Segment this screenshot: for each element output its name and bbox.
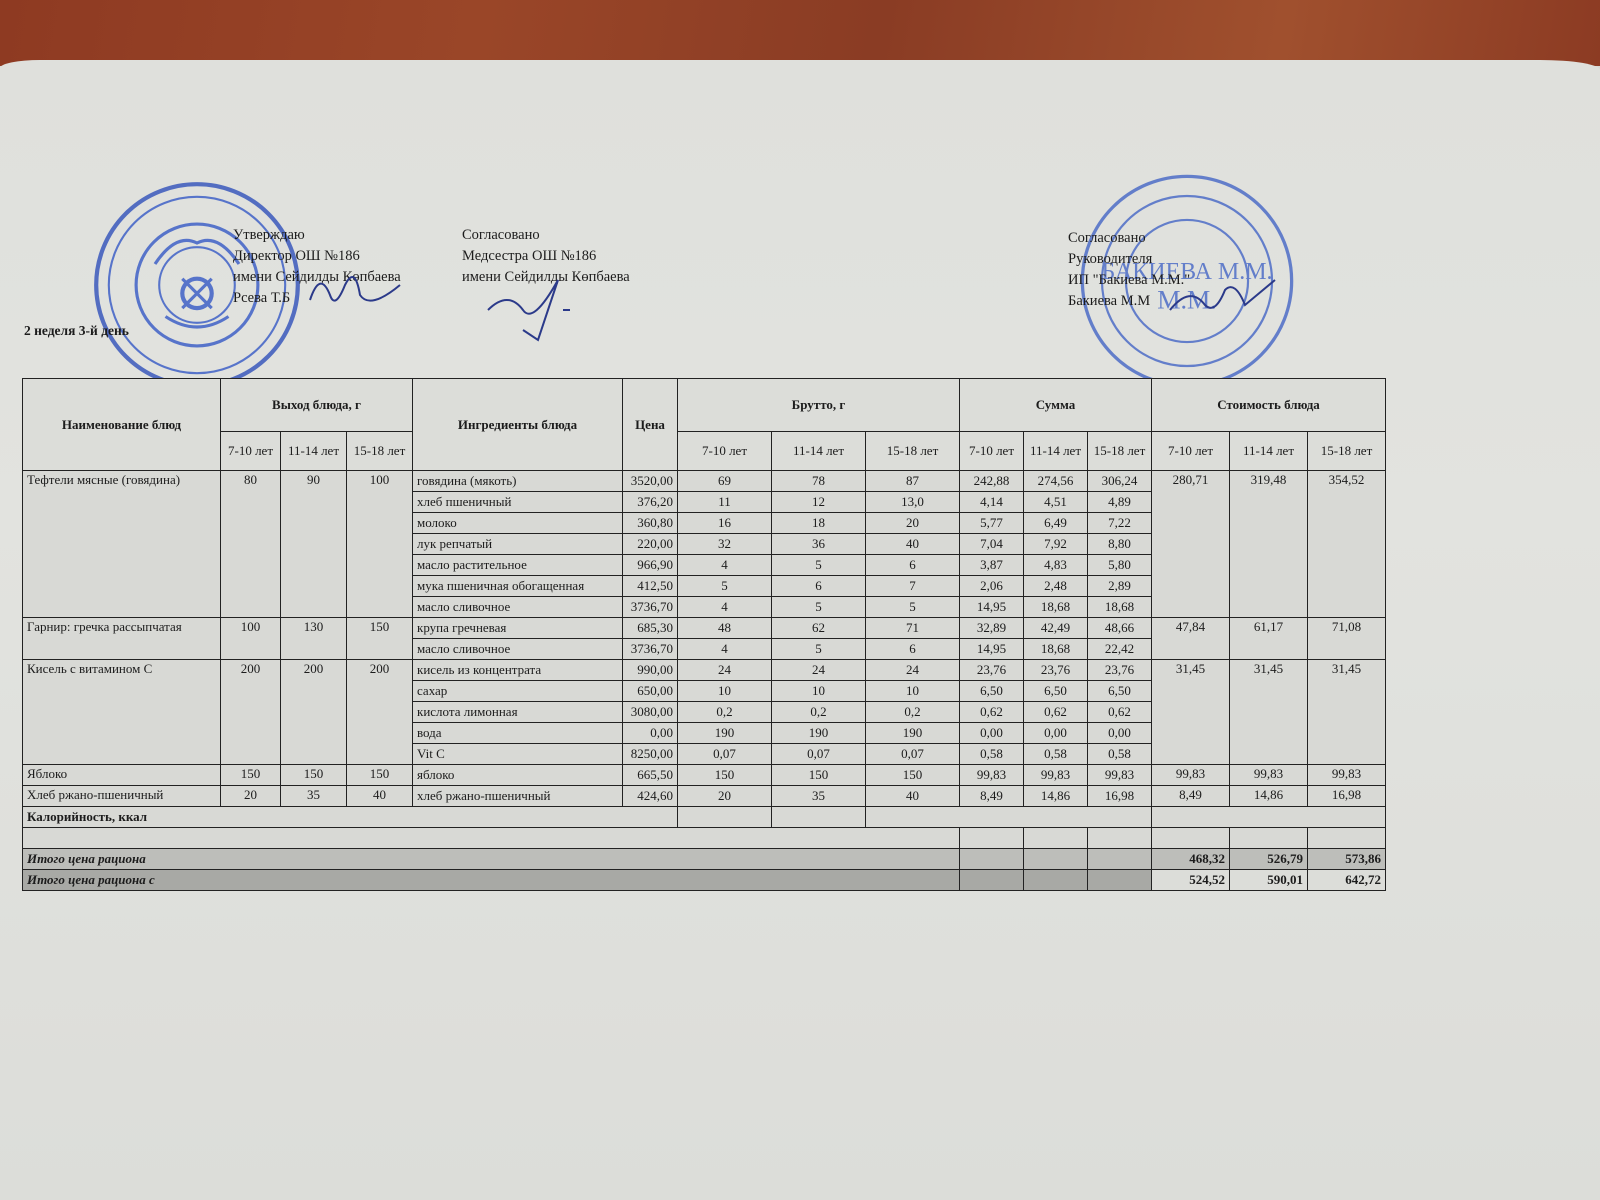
ingredient-price: 665,50 [623,765,678,786]
dish-cost: 99,83 [1152,765,1230,786]
calories-cell [866,807,1152,828]
ingredient-sum: 18,68 [1024,639,1088,660]
ingredient-sum: 0,62 [960,702,1024,723]
ingredient-gross: 6 [866,555,960,576]
calories-row: Калорийность, ккал [23,807,1386,828]
ingredient-sum: 0,58 [1088,744,1152,765]
ingredient-sum: 32,89 [960,618,1024,639]
dish-cost: 99,83 [1230,765,1308,786]
ingredient-sum: 42,49 [1024,618,1088,639]
ingredient-price: 220,00 [623,534,678,555]
ingredient-gross: 4 [678,555,772,576]
ingredient-sum: 4,83 [1024,555,1088,576]
dish-yield: 130 [281,618,347,660]
ingredient-sum: 14,86 [1024,786,1088,807]
total-empty-cell [960,870,1024,891]
ingredient-gross: 0,2 [866,702,960,723]
header-age: 11-14 лет [281,432,347,471]
total-label: Итого цена рациона [23,849,960,870]
approval-line: имени Сейдилды Көпбаева [233,267,401,288]
ingredient-sum: 4,51 [1024,492,1088,513]
ingredient-gross: 190 [772,723,866,744]
ingredient-sum: 2,89 [1088,576,1152,597]
dish-yield: 200 [281,660,347,765]
ingredient-sum: 18,68 [1024,597,1088,618]
ingredient-sum: 3,87 [960,555,1024,576]
ingredient-sum: 0,00 [1088,723,1152,744]
approval-line: Бакиева М.М [1068,291,1190,312]
dish-yield: 150 [221,765,281,786]
table-row: Хлеб ржано-пшеничный203540хлеб ржано-пше… [23,786,1386,807]
ingredient-price: 3520,00 [623,471,678,492]
ingredient-gross: 24 [866,660,960,681]
ingredient-gross: 24 [678,660,772,681]
dish-cost: 71,08 [1308,618,1386,660]
dish-cost: 47,84 [1152,618,1230,660]
ingredient-price: 424,60 [623,786,678,807]
ingredient-name: масло растительное [413,555,623,576]
dish-name: Яблоко [23,765,221,786]
total-vat-value: 590,01 [1230,870,1308,891]
dish-name: Кисель с витамином С [23,660,221,765]
ingredient-gross: 69 [678,471,772,492]
day-label: 2 неделя 3-й день [24,323,129,339]
ingredient-gross: 0,2 [772,702,866,723]
ingredient-gross: 5 [866,597,960,618]
total-value: 468,32 [1152,849,1230,870]
ingredient-gross: 150 [772,765,866,786]
dish-cost: 354,52 [1308,471,1386,618]
dish-name: Тефтели мясные (говядина) [23,471,221,618]
ingredient-sum: 7,92 [1024,534,1088,555]
ingredient-sum: 16,98 [1088,786,1152,807]
table-row: Кисель с витамином С200200200кисель из к… [23,660,1386,681]
approval-line: Рсева Т.Б [233,288,401,309]
dish-cost: 61,17 [1230,618,1308,660]
ingredient-sum: 4,14 [960,492,1024,513]
ingredient-sum: 6,50 [960,681,1024,702]
ingredient-gross: 0,07 [866,744,960,765]
total-empty-cell [1088,870,1152,891]
menu-table: Наименование блюд Выход блюда, г Ингреди… [22,378,1386,891]
ingredient-name: хлеб пшеничный [413,492,623,513]
ingredient-gross: 150 [678,765,772,786]
header-gross: Брутто, г [678,379,960,432]
ingredient-name: сахар [413,681,623,702]
ingredient-price: 360,80 [623,513,678,534]
dish-yield: 150 [347,765,413,786]
dish-cost: 31,45 [1308,660,1386,765]
table-row: Гарнир: гречка рассыпчатая100130150крупа… [23,618,1386,639]
header-sum: Сумма [960,379,1152,432]
ingredient-sum: 99,83 [960,765,1024,786]
empty-cell [1308,828,1386,849]
ingredient-price: 650,00 [623,681,678,702]
ingredient-sum: 7,22 [1088,513,1152,534]
ingredient-gross: 5 [678,576,772,597]
calories-label: Калорийность, ккал [23,807,678,828]
ingredient-gross: 20 [866,513,960,534]
ingredient-gross: 5 [772,639,866,660]
ingredient-sum: 274,56 [1024,471,1088,492]
ingredient-name: вода [413,723,623,744]
total-empty-cell [960,849,1024,870]
ingredient-name: молоко [413,513,623,534]
ingredient-gross: 6 [772,576,866,597]
ingredient-sum: 0,00 [1024,723,1088,744]
total-vat-value: 642,72 [1308,870,1386,891]
ingredient-gross: 10 [772,681,866,702]
header-age: 15-18 лет [1308,432,1386,471]
ingredient-sum: 2,06 [960,576,1024,597]
approval-line: Руководителя [1068,249,1190,270]
ingredient-gross: 12 [772,492,866,513]
header-age: 7-10 лет [1152,432,1230,471]
approval-block-nurse: Согласовано Медсестра ОШ №186 имени Сейд… [462,225,630,288]
ingredient-gross: 36 [772,534,866,555]
ingredient-price: 966,90 [623,555,678,576]
ingredient-gross: 62 [772,618,866,639]
dish-yield: 80 [221,471,281,618]
ingredient-price: 8250,00 [623,744,678,765]
dish-cost: 31,45 [1152,660,1230,765]
ingredient-name: говядина (мякоть) [413,471,623,492]
ingredient-sum: 18,68 [1088,597,1152,618]
ingredient-sum: 6,50 [1088,681,1152,702]
header-age: 11-14 лет [1024,432,1088,471]
ingredient-gross: 20 [678,786,772,807]
dish-yield: 150 [347,618,413,660]
dish-yield: 150 [281,765,347,786]
header-ingredients: Ингредиенты блюда [413,379,623,471]
ingredient-sum: 5,77 [960,513,1024,534]
ingredient-gross: 0,07 [772,744,866,765]
dish-cost: 99,83 [1308,765,1386,786]
header-dish-name: Наименование блюд [23,379,221,471]
approval-line: ИП "Бакиева М.М." [1068,270,1190,291]
header-age: 15-18 лет [1088,432,1152,471]
ingredient-name: хлеб ржано-пшеничный [413,786,623,807]
ingredient-sum: 306,24 [1088,471,1152,492]
total-empty-cell [1088,849,1152,870]
ingredient-price: 412,50 [623,576,678,597]
ingredient-gross: 40 [866,786,960,807]
dish-name: Гарнир: гречка рассыпчатая [23,618,221,660]
ingredient-name: кислота лимонная [413,702,623,723]
approval-line: Директор ОШ №186 [233,246,401,267]
ingredient-sum: 0,58 [1024,744,1088,765]
ingredient-sum: 4,89 [1088,492,1152,513]
ingredient-gross: 32 [678,534,772,555]
ingredient-sum: 6,50 [1024,681,1088,702]
ingredient-gross: 40 [866,534,960,555]
calories-cell [772,807,866,828]
ingredient-price: 3080,00 [623,702,678,723]
dish-cost: 16,98 [1308,786,1386,807]
ingredient-sum: 7,04 [960,534,1024,555]
ingredient-name: кисель из концентрата [413,660,623,681]
ingredient-gross: 150 [866,765,960,786]
ingredient-gross: 190 [866,723,960,744]
header-age: 11-14 лет [772,432,866,471]
empty-cell [1230,828,1308,849]
ingredient-price: 3736,70 [623,597,678,618]
ingredient-sum: 6,49 [1024,513,1088,534]
ingredient-gross: 6 [866,639,960,660]
ingredient-gross: 16 [678,513,772,534]
header-price: Цена [623,379,678,471]
header-yield: Выход блюда, г [221,379,413,432]
ingredient-sum: 0,00 [960,723,1024,744]
total-empty-cell [1024,849,1088,870]
ingredient-gross: 35 [772,786,866,807]
table-row: Тефтели мясные (говядина)8090100говядина… [23,471,1386,492]
total-vat-label: Итого цена рациона с [23,870,960,891]
ingredient-sum: 99,83 [1024,765,1088,786]
ingredient-gross: 5 [772,555,866,576]
ingredient-gross: 13,0 [866,492,960,513]
approval-block-supplier: Согласовано Руководителя ИП "Бакиева М.М… [1068,228,1190,312]
dish-cost: 8,49 [1152,786,1230,807]
ingredient-sum: 8,49 [960,786,1024,807]
dish-yield: 200 [221,660,281,765]
ingredient-gross: 18 [772,513,866,534]
dish-yield: 100 [221,618,281,660]
calories-cell [1152,807,1386,828]
total-vat-value: 524,52 [1152,870,1230,891]
ingredient-price: 0,00 [623,723,678,744]
ingredient-price: 376,20 [623,492,678,513]
total-row: Итого цена рациона 468,32 526,79 573,86 [23,849,1386,870]
menu-table-body: Тефтели мясные (говядина)8090100говядина… [23,471,1386,807]
dish-yield: 40 [347,786,413,807]
header-dish-cost: Стоимость блюда [1152,379,1386,432]
ingredient-gross: 5 [772,597,866,618]
desk-background [0,0,1600,66]
dish-yield: 20 [221,786,281,807]
total-value: 573,86 [1308,849,1386,870]
total-empty-cell [1024,870,1088,891]
dish-name: Хлеб ржано-пшеничный [23,786,221,807]
empty-cell [1152,828,1230,849]
ingredient-sum: 5,80 [1088,555,1152,576]
ingredient-gross: 11 [678,492,772,513]
approval-block-director: Утверждаю Директор ОШ №186 имени Сейдилд… [233,225,401,309]
dish-cost: 280,71 [1152,471,1230,618]
dish-cost: 14,86 [1230,786,1308,807]
ingredient-price: 3736,70 [623,639,678,660]
ingredient-gross: 71 [866,618,960,639]
header-age: 7-10 лет [960,432,1024,471]
approval-line: имени Сейдилды Көпбаева [462,267,630,288]
ingredient-gross: 0,07 [678,744,772,765]
ingredient-sum: 242,88 [960,471,1024,492]
ingredient-name: лук репчатый [413,534,623,555]
ingredient-name: масло сливочное [413,639,623,660]
dish-yield: 35 [281,786,347,807]
header-age: 7-10 лет [221,432,281,471]
header-age: 15-18 лет [347,432,413,471]
empty-cell [1024,828,1088,849]
ingredient-price: 990,00 [623,660,678,681]
ingredient-name: яблоко [413,765,623,786]
ingredient-sum: 0,62 [1088,702,1152,723]
ingredient-gross: 87 [866,471,960,492]
ingredient-sum: 22,42 [1088,639,1152,660]
ingredient-name: Vit C [413,744,623,765]
header-age: 11-14 лет [1230,432,1308,471]
approval-line: Согласовано [1068,228,1190,249]
approval-line: Утверждаю [233,225,401,246]
ingredient-sum: 14,95 [960,639,1024,660]
ingredient-gross: 190 [678,723,772,744]
ingredient-sum: 99,83 [1088,765,1152,786]
ingredient-sum: 2,48 [1024,576,1088,597]
table-row: Яблоко150150150яблоко665,5015015015099,8… [23,765,1386,786]
ingredient-name: масло сливочное [413,597,623,618]
ingredient-gross: 0,2 [678,702,772,723]
ingredient-sum: 0,62 [1024,702,1088,723]
ingredient-name: крупа гречневая [413,618,623,639]
ingredient-sum: 0,58 [960,744,1024,765]
approval-line: Медсестра ОШ №186 [462,246,630,267]
ingredient-gross: 4 [678,597,772,618]
ingredient-gross: 24 [772,660,866,681]
ingredient-sum: 23,76 [960,660,1024,681]
approval-line: Согласовано [462,225,630,246]
ingredient-gross: 4 [678,639,772,660]
ingredient-sum: 8,80 [1088,534,1152,555]
dish-yield: 100 [347,471,413,618]
empty-row [23,828,1386,849]
ingredient-price: 685,30 [623,618,678,639]
ingredient-sum: 48,66 [1088,618,1152,639]
empty-cell [23,828,960,849]
ingredient-gross: 10 [678,681,772,702]
total-value: 526,79 [1230,849,1308,870]
header-age: 7-10 лет [678,432,772,471]
ingredient-gross: 78 [772,471,866,492]
dish-cost: 31,45 [1230,660,1308,765]
dish-yield: 200 [347,660,413,765]
empty-cell [1088,828,1152,849]
header-age: 15-18 лет [866,432,960,471]
ingredient-name: мука пшеничная обогащенная [413,576,623,597]
ingredient-gross: 48 [678,618,772,639]
total-vat-row: Итого цена рациона с 524,52 590,01 642,7… [23,870,1386,891]
empty-cell [960,828,1024,849]
ingredient-gross: 7 [866,576,960,597]
ingredient-sum: 14,95 [960,597,1024,618]
ingredient-gross: 10 [866,681,960,702]
ingredient-sum: 23,76 [1088,660,1152,681]
calories-cell [678,807,772,828]
dish-yield: 90 [281,471,347,618]
ingredient-sum: 23,76 [1024,660,1088,681]
dish-cost: 319,48 [1230,471,1308,618]
